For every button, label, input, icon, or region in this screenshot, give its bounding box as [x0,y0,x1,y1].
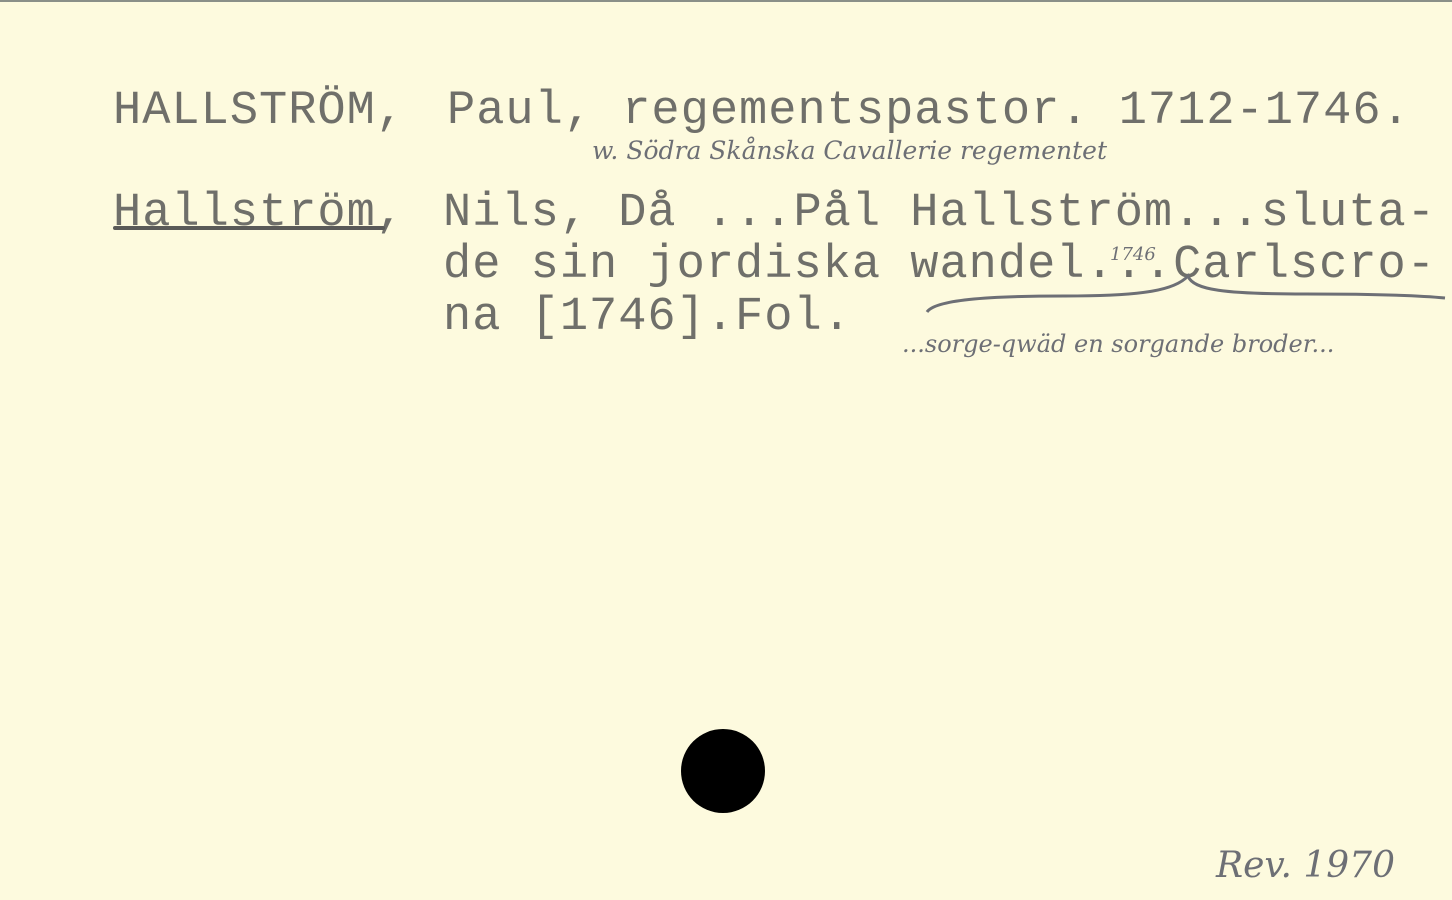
entry1-heading: HALLSTRÖM, [113,88,405,135]
entry2-line1: Nils, Då ...Pål Hallström...sluta- [443,190,1436,237]
heading-underline [113,226,385,230]
entry2-line3: na [1746].Fol. [443,294,852,341]
entry1-text: Paul, regementspastor. 1712-1746. [447,88,1411,135]
handwritten-year: 1746 [1110,246,1156,264]
entry1-handwritten-note: w. Södra Skånska Cavallerie regementet [592,138,1107,163]
catalog-card: HALLSTRÖM, Paul, regementspastor. 1712-1… [0,0,1452,900]
card-punch-hole [681,729,765,813]
revision-note: Rev. 1970 [1216,848,1395,884]
handwritten-quote: ...sorge-qwäd en sorgande broder... [902,332,1334,356]
brace-mark [925,282,1445,322]
